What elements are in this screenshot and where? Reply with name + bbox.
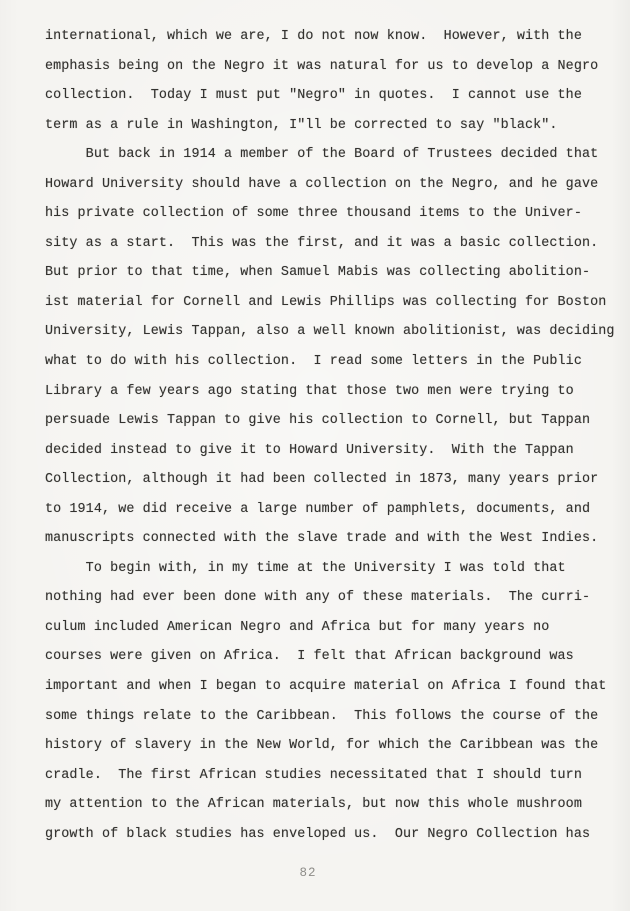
text-line: international, which we are, I do not no… (45, 22, 610, 52)
text-line: manuscripts connected with the slave tra… (45, 524, 610, 554)
text-line: cradle. The first African studies necess… (45, 761, 610, 791)
text-line: emphasis being on the Negro it was natur… (45, 52, 610, 82)
text-line: term as a rule in Washington, I"ll be co… (45, 111, 610, 141)
text-line: But prior to that time, when Samuel Mabi… (45, 258, 610, 288)
text-line: my attention to the African materials, b… (45, 790, 610, 820)
text-line: growth of black studies has enveloped us… (45, 820, 610, 850)
text-line: important and when I began to acquire ma… (45, 672, 610, 702)
text-line: University, Lewis Tappan, also a well kn… (45, 317, 610, 347)
text-line: to 1914, we did receive a large number o… (45, 495, 610, 525)
document-page: international, which we are, I do not no… (0, 0, 630, 911)
page-number: 82 (0, 866, 616, 880)
text-line: decided instead to give it to Howard Uni… (45, 436, 610, 466)
text-line: culum included American Negro and Africa… (45, 613, 610, 643)
text-line: Library a few years ago stating that tho… (45, 377, 610, 407)
text-line: what to do with his collection. I read s… (45, 347, 610, 377)
text-line: ist material for Cornell and Lewis Phill… (45, 288, 610, 318)
text-line: sity as a start. This was the first, and… (45, 229, 610, 259)
text-line: But back in 1914 a member of the Board o… (45, 140, 610, 170)
text-line: collection. Today I must put "Negro" in … (45, 81, 610, 111)
text-line: Howard University should have a collecti… (45, 170, 610, 200)
text-line: courses were given on Africa. I felt tha… (45, 642, 610, 672)
text-line: some things relate to the Caribbean. Thi… (45, 702, 610, 732)
text-line: persuade Lewis Tappan to give his collec… (45, 406, 610, 436)
text-line: Collection, although it had been collect… (45, 465, 610, 495)
text-line: history of slavery in the New World, for… (45, 731, 610, 761)
text-line: To begin with, in my time at the Univers… (45, 554, 610, 584)
text-line: nothing had ever been done with any of t… (45, 583, 610, 613)
document-text: international, which we are, I do not no… (45, 22, 610, 849)
text-line: his private collection of some three tho… (45, 199, 610, 229)
